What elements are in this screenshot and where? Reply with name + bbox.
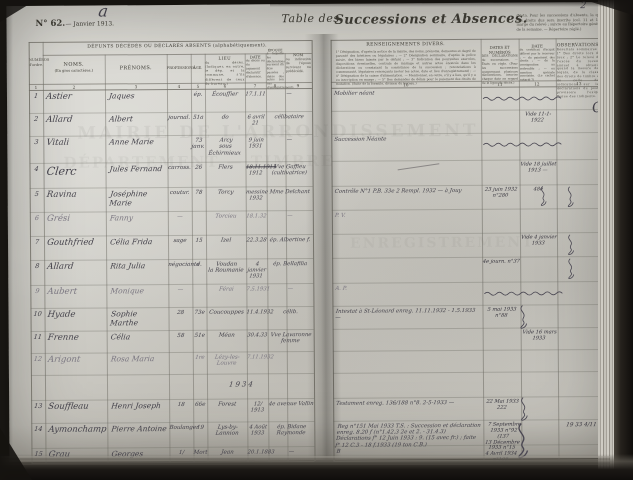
register-month: — Janvier 1913. (65, 20, 114, 27)
cell-lieu: Voudanla Roumanie (205, 261, 246, 274)
column-number: 4 (171, 83, 187, 88)
register-number: N° 62. (35, 19, 65, 29)
cell-pren: Sophie Marthe (110, 310, 168, 328)
column-header-professions: PROFESSIONS. (167, 66, 191, 70)
gap-year-note: 1934 (229, 380, 256, 388)
register-number-label: N° 62. (35, 19, 65, 29)
cell-nom: Vitali (46, 138, 105, 148)
cell-rens: Reg n°151 Mai 1933 T.S. : Succession et … (335, 423, 482, 449)
cell-pren: Henri Joseph (111, 402, 168, 411)
column-header-renseignements: RENSEIGNEMENTS DIVERS. (337, 42, 475, 48)
cell-n: 8 (30, 263, 45, 271)
cell-rens: Testament enreg. 136/188 n°8. 2-5-1933 — (336, 400, 481, 407)
cell-nom: Aubert (47, 287, 106, 297)
cell-n: 13 (31, 403, 46, 411)
cell-age: 26 (191, 165, 206, 172)
cell-date: 6 avril 21 (244, 114, 266, 126)
cell-n: 9 (30, 288, 45, 296)
cell-lieu: Lys-by-Lannion (207, 424, 248, 437)
cell-lieu: Arcysous Échirmieux (204, 137, 246, 157)
column-number: 2 (66, 84, 82, 89)
cell-n: 10 (30, 311, 45, 319)
cell-rens: Mobilier néant (334, 90, 479, 97)
cell-date: 4 Août 1933 (247, 424, 269, 436)
column-number: 8 (267, 83, 283, 88)
column-number: 10 (398, 82, 414, 87)
column-number: 5 (190, 83, 206, 88)
cell-nom: Astier (45, 92, 104, 102)
cell-date: 12/ 1913 (246, 401, 268, 413)
cell-lieu: Lézy-les-Louvre (206, 354, 247, 367)
cell-decl: 23 juin 1932 n°280 (481, 188, 520, 200)
ink-flourish (563, 233, 577, 257)
cell-date: 11.4.1932 (246, 309, 268, 315)
col-sub: d'ordre. (29, 63, 43, 67)
cell-lieu: Coucouppes (206, 309, 247, 316)
cell-n: 5 (29, 191, 44, 199)
cell-n: 12 (30, 356, 45, 364)
cell-rens: P. V. (334, 212, 479, 219)
cell-date: 7.11.1932 (246, 354, 268, 360)
cell-n: 14 (31, 426, 46, 434)
scanned-register-photo: MAIRIE DE L'ARRONDISSEMENT DÉPARTEMENT —… (0, 0, 633, 480)
page-title: Successions et Absences. (334, 12, 527, 28)
cell-d2: Vide 11-1-1922 (518, 112, 556, 124)
book-binding (614, 0, 633, 480)
cell-date: 4 janvier1931 (245, 261, 268, 279)
cell-pren: Célia (110, 333, 167, 342)
page-title-prefix: Table des (281, 12, 339, 25)
column-header-date-acquit: DATE du certificat d'acquit délivré par … (520, 43, 555, 82)
cell-prof: 18 (169, 402, 194, 409)
column-header-noms: NOMS. (En gros caractères.) (43, 61, 105, 73)
cell-date: 18.1.32 (245, 213, 267, 219)
cell-age: d. (192, 262, 207, 269)
cell-prof: négociante (168, 262, 193, 269)
cell-age: 19 (193, 425, 208, 432)
cell-prof: Boulanger (169, 425, 194, 432)
cell-n: 4 (29, 166, 44, 174)
ink-flourish (514, 305, 530, 331)
cell-nom: Arigont (47, 355, 106, 365)
column-number: 11 (492, 81, 508, 86)
column-header-lieu: LIEU du décès. (Indiquer, en outre, le d… (205, 55, 245, 85)
cell-age: 73janv. (191, 138, 206, 151)
cell-prof: carross. (167, 165, 192, 172)
cell-age: 15 (192, 238, 207, 245)
cell-prof: journal. (167, 115, 192, 122)
column-header-numero: NUMÉROS d'ordre. (29, 58, 42, 67)
cell-age: 51a (191, 115, 206, 122)
column-number: 1 (28, 84, 44, 89)
cell-age: 51e (192, 333, 207, 340)
cell-pren: Pierre Antoine (111, 425, 168, 434)
cell-prof: 58 (168, 333, 193, 340)
cell-pren: Anne Marie (109, 138, 166, 147)
nota-block: (Nota. Pour les successions d'absents, l… (516, 13, 608, 32)
nil-wavy-line (483, 140, 563, 149)
sheet: MAIRIE DE L'ARRONDISSEMENT DÉPARTEMENT —… (0, 0, 633, 480)
cell-age: 66e (193, 402, 208, 409)
column-number: 13 (571, 81, 587, 86)
cell-pren: Jules Fernand (109, 165, 166, 174)
cell-lieu: Forest (207, 401, 248, 408)
cell-nom: Gouthfried (46, 238, 105, 248)
table-surface-dark (0, 454, 633, 480)
ink-flourish (563, 257, 577, 281)
cell-age: 73e (192, 310, 207, 317)
column-number: 9 (290, 83, 306, 88)
nil-wavy-line (484, 289, 564, 298)
col-sub: (En gros caractères.) (55, 69, 94, 73)
cell-rens: Contrôle N°1 P.B. 33e 2 Rempl. 1932 — à … (334, 188, 479, 195)
cell-date: 22.3.28 (246, 237, 268, 243)
cell-date: messine1932 (245, 189, 267, 201)
cell-nom: Frenne (47, 333, 106, 343)
cell-lieu: Écouffier (205, 91, 246, 98)
col-sub: du décès ou du jugement déclaratif d'abs… (246, 59, 265, 79)
cell-nom: Clerc (46, 165, 105, 178)
cell-pren: Monique (110, 287, 167, 296)
top-photo-edge (270, 0, 633, 7)
column-header-date-deces: DATE du décès ou du jugement déclaratif … (246, 54, 265, 79)
cell-nom: Allard (47, 262, 106, 272)
cell-prof: sage (168, 238, 193, 245)
column-number: 6 (217, 83, 233, 88)
cell-lieu: do (205, 114, 246, 121)
ink-flourish (563, 185, 577, 209)
cell-date: 30.4.33 (246, 332, 268, 338)
cell-nom: Souffleau (48, 402, 107, 412)
cell-age: 78 (191, 190, 206, 197)
cell-rens: A. P. (335, 285, 480, 292)
cell-n: 2 (29, 116, 44, 124)
cell-prof: 28 (168, 310, 193, 317)
cell-n: 7 (30, 239, 45, 247)
page-fold-shadow (305, 34, 342, 462)
left-photo-edge (0, 0, 13, 480)
cell-lieu: Izel (206, 237, 247, 244)
cell-date: 7.5.1931 (246, 286, 268, 292)
cell-pren: Rosa Maria (110, 355, 167, 364)
ink-flourish (536, 185, 550, 207)
cell-age: ép. (191, 92, 206, 99)
cell-pren: Joséphine Marie (109, 190, 167, 208)
cell-lieu: Torcy (205, 189, 246, 196)
cell-pren: Célia Frida (110, 238, 167, 247)
cell-nom: Allard (46, 115, 105, 125)
cell-prof: — (168, 287, 193, 294)
cell-nom: Grési (46, 214, 105, 224)
cell-lieu: Flers (205, 164, 246, 171)
cell-pren: Albert (109, 115, 166, 124)
cell-nom: Aymonchamp (48, 425, 107, 435)
column-header-prenoms: PRÉNOMS. (105, 65, 167, 71)
cell-pren: Fanny (109, 214, 166, 223)
column-number: 12 (529, 81, 545, 86)
column-number: 7 (247, 83, 263, 88)
cell-n: 6 (29, 215, 44, 223)
column-header-age: ÂGE. (191, 66, 205, 70)
cell-rens: Succession Néante (334, 136, 479, 143)
cell-d2: Vide 16 mars 1933 (520, 330, 558, 342)
cell-pren: Jaques (108, 92, 165, 101)
cell-d2: Vide 18 juillet 1913 — (519, 162, 557, 174)
column-header-observations: OBSERVATIONS. Résultats sommaires : 1° D… (557, 43, 601, 99)
cell-age: 1re (192, 355, 207, 362)
cell-date: 18.11.19111912 (245, 164, 267, 176)
col-sub: Résultats sommaires : 1° Des droits lors… (557, 48, 601, 99)
cell-pren: Rita Julia (110, 262, 167, 271)
cell-n: 3 (29, 139, 44, 147)
cell-n: 1 (29, 93, 44, 101)
cell-lieu: Férai (206, 286, 247, 293)
cell-prof: coutur. (167, 190, 192, 197)
cell-nom: Ravina (46, 190, 105, 200)
cell-decl: 4e journ. n°37 (482, 260, 521, 266)
cell-d2: Vide 4 janvier 1933 (519, 235, 557, 247)
nil-wavy-line (483, 94, 563, 103)
column-number: 3 (128, 84, 144, 89)
cell-n: 11 (30, 334, 45, 342)
cell-lieu: Méan (206, 332, 247, 339)
col-sub: du certificat d'acquit délivré par le re… (520, 48, 555, 82)
cell-lieu: Torcieu (205, 213, 246, 220)
cell-date: 17.1.11 (245, 91, 267, 97)
cell-prof: — (167, 214, 192, 221)
cell-rens: Intestat à St-Léonard enreg. 11.11.1932 … (335, 308, 480, 321)
col-label: NOMS. (64, 62, 84, 68)
cell-nom: Hyade (47, 310, 106, 320)
cell-date: 9 juin1931 (245, 137, 267, 149)
